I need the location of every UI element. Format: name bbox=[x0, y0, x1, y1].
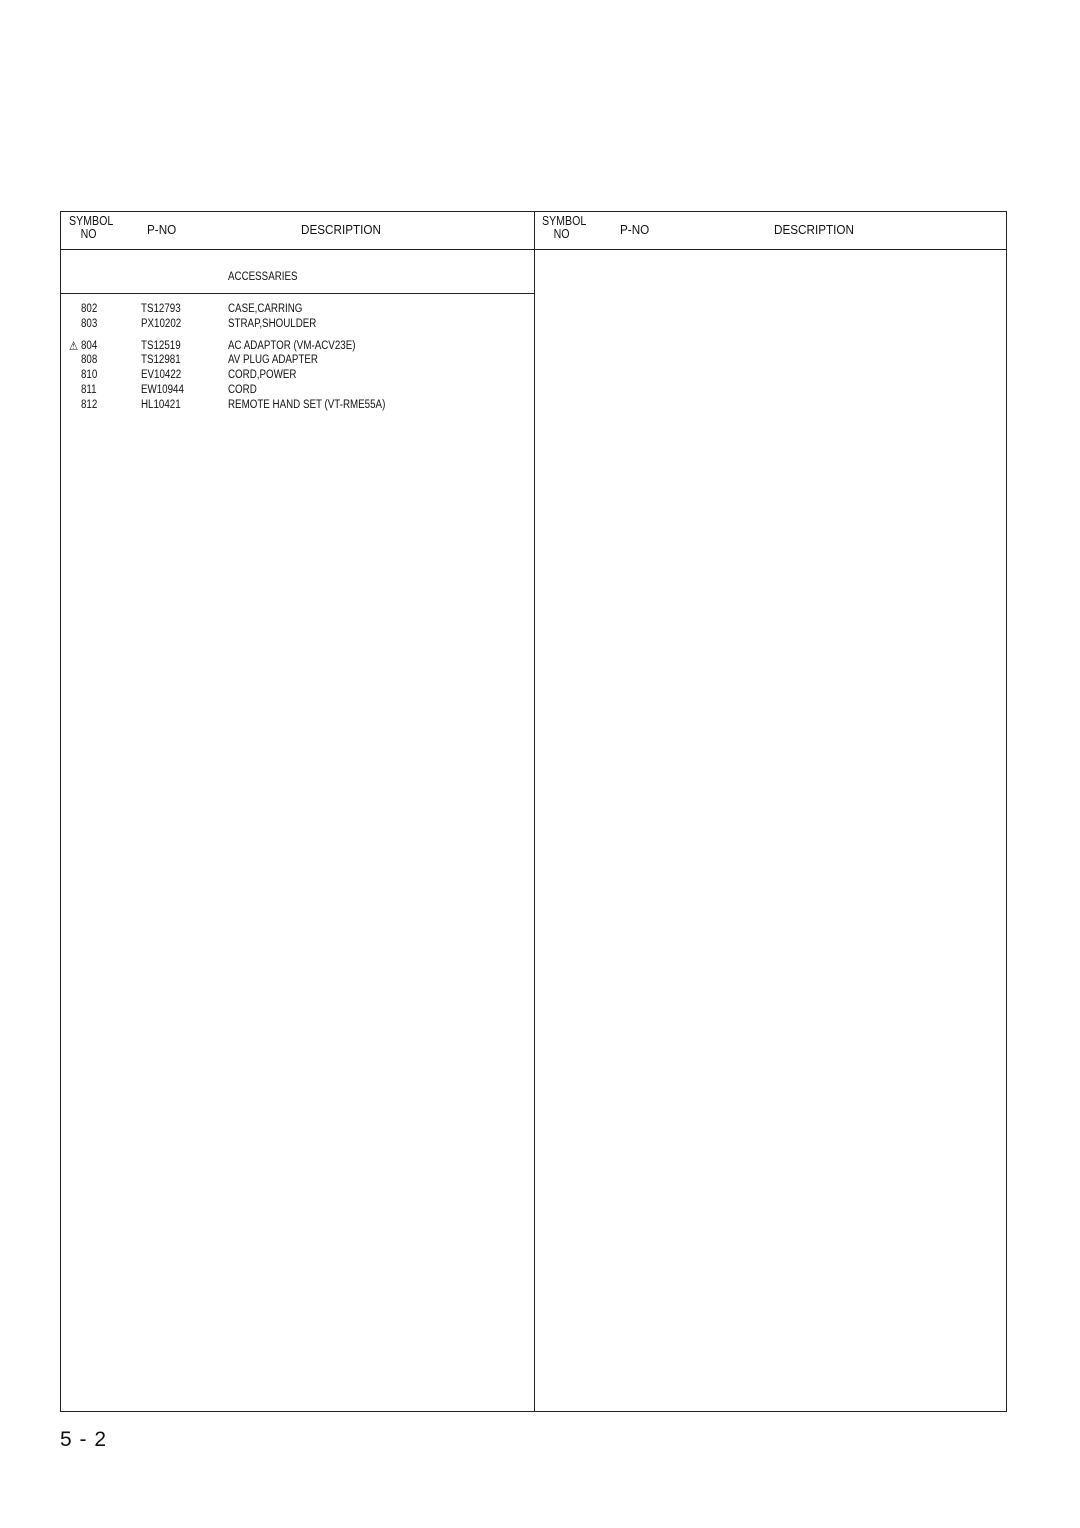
table-row: 802TS12793CASE,CARRING bbox=[61, 302, 534, 317]
header-p-no: P-NO bbox=[147, 222, 176, 237]
table-header: SYMBOL NO P-NO DESCRIPTION bbox=[61, 212, 534, 250]
table-row: 811EW10944CORD bbox=[61, 383, 534, 398]
header-description: DESCRIPTION bbox=[301, 222, 381, 237]
header-no: NO bbox=[542, 228, 581, 241]
table-row: 803PX10202STRAP,SHOULDER bbox=[61, 317, 534, 332]
description-cell: STRAP,SHOULDER bbox=[228, 317, 316, 331]
description-cell: CASE,CARRING bbox=[228, 302, 302, 316]
symbol-no-cell: 811 bbox=[81, 383, 97, 397]
section-title: ACCESSARIES bbox=[228, 271, 298, 283]
warning-triangle-icon: ⚠ bbox=[69, 339, 78, 353]
p-no-cell: TS12981 bbox=[141, 353, 181, 367]
symbol-no-cell: 810 bbox=[81, 368, 97, 382]
symbol-no-cell: 808 bbox=[81, 353, 97, 367]
p-no-cell: TS12519 bbox=[141, 339, 181, 353]
right-column: SYMBOL NO P-NO DESCRIPTION bbox=[534, 212, 1006, 1411]
p-no-cell: PX10202 bbox=[141, 317, 181, 331]
description-cell: AC ADAPTOR (VM-ACV23E) bbox=[228, 339, 355, 353]
description-cell: AV PLUG ADAPTER bbox=[228, 353, 318, 367]
p-no-cell: TS12793 bbox=[141, 302, 181, 316]
header-symbol-no: SYMBOL NO bbox=[69, 215, 108, 241]
table-row: 808TS12981AV PLUG ADAPTER bbox=[61, 353, 534, 368]
p-no-cell: EV10422 bbox=[141, 368, 181, 382]
parts-rows: 802TS12793CASE,CARRING803PX10202STRAP,SH… bbox=[61, 302, 534, 413]
header-symbol-no: SYMBOL NO bbox=[542, 215, 581, 241]
table-row: 810EV10422CORD,POWER bbox=[61, 368, 534, 383]
symbol-no-cell: 803 bbox=[81, 317, 97, 331]
description-cell: CORD bbox=[228, 383, 257, 397]
p-no-cell: EW10944 bbox=[141, 383, 184, 397]
page-number: 5 - 2 bbox=[60, 1428, 107, 1452]
symbol-no-cell: 804 bbox=[81, 339, 97, 353]
symbol-no-cell: 802 bbox=[81, 302, 97, 316]
header-p-no: P-NO bbox=[620, 222, 649, 237]
left-column: SYMBOL NO P-NO DESCRIPTION ACCESSARIES 8… bbox=[61, 212, 535, 1411]
table-row: 812HL10421REMOTE HAND SET (VT-RME55A) bbox=[61, 398, 534, 413]
header-description: DESCRIPTION bbox=[774, 222, 854, 237]
table-row: ⚠804TS12519AC ADAPTOR (VM-ACV23E) bbox=[61, 339, 534, 354]
description-cell: CORD,POWER bbox=[228, 368, 296, 382]
header-no: NO bbox=[69, 228, 108, 241]
p-no-cell: HL10421 bbox=[141, 398, 181, 412]
symbol-no-cell: 812 bbox=[81, 398, 97, 412]
table-header-right: SYMBOL NO P-NO DESCRIPTION bbox=[534, 212, 1006, 250]
section-header: ACCESSARIES bbox=[61, 249, 534, 294]
parts-list-table: SYMBOL NO P-NO DESCRIPTION ACCESSARIES 8… bbox=[60, 211, 1007, 1412]
description-cell: REMOTE HAND SET (VT-RME55A) bbox=[228, 398, 385, 412]
